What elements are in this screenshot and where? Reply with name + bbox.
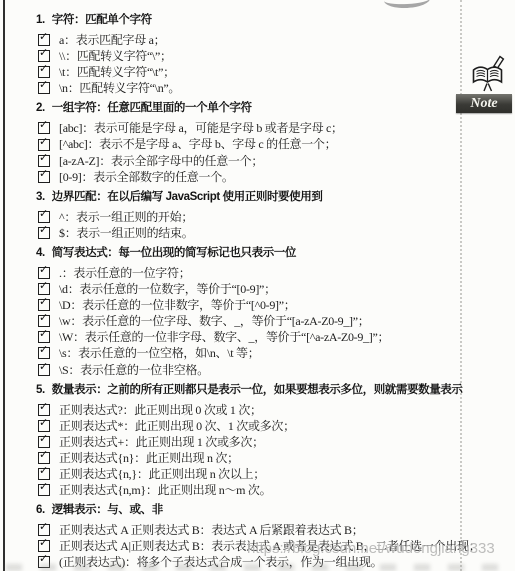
checkbox-checked-icon: ✓ (38, 50, 50, 62)
section-heading: 4.简写表达式：每一位出现的简写标记也只表示一位 (36, 246, 460, 261)
item-text: 正则表达式{n,}：此正则出现 n 次以上； (59, 466, 265, 482)
checkbox-checked-icon: ✓ (38, 540, 50, 552)
section-title: 一组字符：任意匹配里面的一个单个字符 (52, 102, 252, 114)
item-text: [abc]：表示可能是字母 a，可能是字母 b 或者是字母 c； (59, 120, 343, 136)
item-text: 正则表达式 A|正则表达式 B：表示表达式 A 或者是表达式 B，二者任选一个出… (59, 538, 480, 554)
checklist-item: ✓正则表达式{n,}：此正则出现 n 次以上； (36, 466, 460, 482)
item-text: \d：表示任意的一位数字，等价于“[0-9]”； (59, 281, 276, 297)
checklist-item: ✓[a-zA-Z]：表示全部字母中的任意一个； (36, 153, 460, 169)
checkbox-checked-icon: ✓ (38, 155, 50, 167)
checklist-item: ✓\s：表示任意的一位空格，如\n、\t 等； (36, 345, 460, 361)
item-text: ^：表示一组正则的开始； (59, 209, 193, 225)
page-left-border (3, 0, 5, 571)
section-title: 简写表达式：每一位出现的简写标记也只表示一位 (52, 247, 296, 259)
checkbox-checked-icon: ✓ (38, 34, 50, 46)
item-text: \s：表示任意的一位空格，如\n、\t 等； (59, 345, 259, 361)
checkbox-checked-icon: ✓ (38, 331, 50, 343)
item-text: \n：匹配转义字符“\n”。 (59, 80, 180, 96)
margin-dotted-divider (460, 0, 462, 571)
section-title: 字符：匹配单个字符 (52, 14, 152, 26)
checklist-item: ✓[^abc]：表示不是字母 a、字母 b、字母 c 的任意一个； (36, 136, 460, 152)
checklist-item: ✓\t：匹配转义字符“\t”； (36, 64, 460, 80)
section-heading: 6.逻辑表示：与、或、非 (36, 503, 460, 518)
section-number: 5. (36, 384, 45, 396)
checklist-item: ✓正则表达式 A 正则表达式 B：表达式 A 后紧跟着表达式 B； (36, 522, 460, 538)
section-number: 2. (36, 102, 45, 114)
checklist-item: ✓正则表达式+：此正则出现 1 次或多次； (36, 434, 460, 450)
checkbox-checked-icon: ✓ (38, 299, 50, 311)
section-title: 数量表示：之前的所有正则都只是表示一位，如果要想表示多位，则就需要数量表示 (52, 384, 463, 396)
section-heading: 3.边界匹配：在以后编写 JavaScript 使用正则时要使用到 (36, 190, 460, 205)
item-text: \t：匹配转义字符“\t”； (59, 64, 175, 80)
item-text: \w：表示任意的一位字母、数字、_，等价于“[a-zA-Z0-9_]”； (59, 313, 369, 329)
note-book-pencil-icon (470, 52, 506, 94)
section-heading: 5.数量表示：之前的所有正则都只是表示一位，如果要想表示多位，则就需要数量表示 (36, 383, 460, 398)
checkbox-checked-icon: ✓ (38, 211, 50, 223)
checkbox-checked-icon: ✓ (38, 122, 50, 134)
checkbox-checked-icon: ✓ (38, 420, 50, 432)
item-text: [^abc]：表示不是字母 a、字母 b、字母 c 的任意一个； (59, 136, 336, 152)
section-characters: 1.字符：匹配单个字符 ✓a：表示匹配字母 a； ✓\\：匹配转义字符“\”； … (36, 13, 460, 96)
section-number: 6. (36, 504, 45, 516)
item-text: [0-9]：表示全部数字的任意一个。 (59, 169, 234, 185)
item-text: \D：表示任意的一位非数字，等价于“[^0-9]”； (59, 297, 295, 313)
checkbox-checked-icon: ✓ (38, 404, 50, 416)
item-text: \S：表示任意的一位非空格。 (59, 362, 209, 378)
section-number: 3. (36, 191, 45, 203)
note-badge-label: Note (470, 96, 497, 112)
page-content: 1.字符：匹配单个字符 ✓a：表示匹配字母 a； ✓\\：匹配转义字符“\”； … (36, 13, 460, 570)
checkbox-checked-icon: ✓ (38, 283, 50, 295)
checklist-item: ✓a：表示匹配字母 a； (36, 32, 460, 48)
checklist-item: ✓^：表示一组正则的开始； (36, 209, 460, 225)
checklist-item: ✓\w：表示任意的一位字母、数字、_，等价于“[a-zA-Z0-9_]”； (36, 313, 460, 329)
section-number: 1. (36, 14, 45, 26)
checklist-item: ✓.：表示任意的一位字符； (36, 265, 460, 281)
cutoff-graphic-arc (384, 0, 431, 9)
checklist-item: ✓\D：表示任意的一位非数字，等价于“[^0-9]”； (36, 297, 460, 313)
checkbox-checked-icon: ✓ (38, 139, 50, 151)
section-number: 4. (36, 247, 45, 259)
section-char-group: 2.一组字符：任意匹配里面的一个单个字符 ✓[abc]：表示可能是字母 a，可能… (36, 101, 460, 184)
item-text: .：表示任意的一位字符； (59, 265, 190, 281)
checkbox-checked-icon: ✓ (38, 267, 50, 279)
item-text: 正则表达式 A 正则表达式 B：表达式 A 后紧跟着表达式 B； (59, 522, 363, 538)
checkbox-checked-icon: ✓ (38, 227, 50, 239)
item-text: \W：表示任意的一位非字母、数字、_，等价于“[^a-zA-Z0-9_]”； (59, 329, 389, 345)
checkbox-checked-icon: ✓ (38, 364, 50, 376)
checkbox-checked-icon: ✓ (38, 484, 50, 496)
section-title: 边界匹配：在以后编写 JavaScript 使用正则时要使用到 (52, 191, 323, 203)
item-text: a：表示匹配字母 a； (59, 32, 165, 48)
checkbox-checked-icon: ✓ (38, 468, 50, 480)
item-text: 正则表达式{n,m}：此正则出现 n～m 次。 (59, 482, 271, 498)
checklist-item: ✓正则表达式{n}：此正则出现 n 次； (36, 450, 460, 466)
item-text: 正则表达式{n}：此正则出现 n 次； (59, 450, 239, 466)
checklist-item: ✓\d：表示任意的一位数字，等价于“[0-9]”； (36, 281, 460, 297)
checklist-item: ✓\S：表示任意的一位非空格。 (36, 362, 460, 378)
note-badge: Note (456, 94, 512, 113)
checklist-item: ✓$：表示一组正则的结束。 (36, 225, 460, 241)
section-logic: 6.逻辑表示：与、或、非 ✓正则表达式 A 正则表达式 B：表达式 A 后紧跟着… (36, 503, 460, 570)
checkbox-checked-icon: ✓ (38, 436, 50, 448)
checkbox-checked-icon: ✓ (38, 66, 50, 78)
page-bottom-scan-artifact (6, 564, 515, 571)
item-text: 正则表达式*：此正则出现 0 次、1 次或多次； (59, 418, 295, 434)
item-text: 正则表达式+：此正则出现 1 次或多次； (59, 434, 264, 450)
checklist-item: ✓\W：表示任意的一位非字母、数字、_，等价于“[^a-zA-Z0-9_]”； (36, 329, 460, 345)
checklist-item: ✓正则表达式?：此正则出现 0 次或 1 次； (36, 402, 460, 418)
item-text: $：表示一组正则的结束。 (59, 225, 193, 241)
checklist-item: ✓\n：匹配转义字符“\n”。 (36, 80, 460, 96)
checkbox-checked-icon: ✓ (38, 315, 50, 327)
section-quantity: 5.数量表示：之前的所有正则都只是表示一位，如果要想表示多位，则就需要数量表示 … (36, 383, 460, 499)
item-text: 正则表达式?：此正则出现 0 次或 1 次； (59, 402, 262, 418)
section-heading: 2.一组字符：任意匹配里面的一个单个字符 (36, 101, 460, 116)
checkbox-checked-icon: ✓ (38, 347, 50, 359)
item-text: [a-zA-Z]：表示全部字母中的任意一个； (59, 153, 263, 169)
checklist-item: ✓[0-9]：表示全部数字的任意一个。 (36, 169, 460, 185)
section-boundary: 3.边界匹配：在以后编写 JavaScript 使用正则时要使用到 ✓^：表示一… (36, 190, 460, 241)
checklist-item: ✓[abc]：表示可能是字母 a，可能是字母 b 或者是字母 c； (36, 120, 460, 136)
checkbox-checked-icon: ✓ (38, 82, 50, 94)
checkbox-checked-icon: ✓ (38, 452, 50, 464)
checklist-item: ✓正则表达式{n,m}：此正则出现 n～m 次。 (36, 482, 460, 498)
checklist-item: ✓\\：匹配转义字符“\”； (36, 48, 460, 64)
checklist-item: ✓正则表达式 A|正则表达式 B：表示表达式 A 或者是表达式 B，二者任选一个… (36, 538, 460, 554)
checklist-item: ✓正则表达式*：此正则出现 0 次、1 次或多次； (36, 418, 460, 434)
section-heading: 1.字符：匹配单个字符 (36, 13, 460, 28)
checkbox-checked-icon: ✓ (38, 171, 50, 183)
section-shorthand: 4.简写表达式：每一位出现的简写标记也只表示一位 ✓.：表示任意的一位字符； ✓… (36, 246, 460, 378)
item-text: \\：匹配转义字符“\”； (59, 48, 172, 64)
checkbox-checked-icon: ✓ (38, 524, 50, 536)
section-title: 逻辑表示：与、或、非 (52, 504, 163, 516)
